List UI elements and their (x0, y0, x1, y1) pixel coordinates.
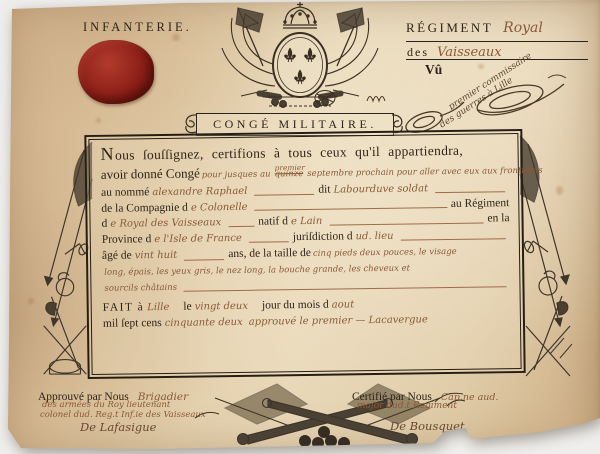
aged-paper: Infanterie. (0, 0, 600, 454)
regiment-name-handwritten: Royal (503, 20, 543, 36)
stain-spot (28, 298, 34, 304)
printed-compagnie: de la Compagnie d (101, 200, 188, 217)
certificate-text: Nous ſouſſignez, certifions à tous ceux … (100, 138, 511, 333)
hw-approver-title-2: colonel dud. Reg.t Inf.ie des Vaisseaux (40, 410, 206, 420)
blank-rule (254, 193, 314, 195)
hw-company-name: e Colonelle (191, 199, 248, 216)
printed-dit: dit (318, 182, 330, 198)
printed-age-de: âgé de (102, 248, 132, 264)
blank-rule (255, 207, 447, 211)
hw-year: cinquante deux (165, 315, 243, 332)
hw-soldier-alias: Labourduve soldat (333, 181, 428, 198)
wax-seal (78, 40, 154, 104)
stain-spot (478, 64, 484, 69)
printed-taille: ans, de la taille de (228, 246, 311, 263)
hw-inserted-word: premier (274, 160, 305, 176)
banner-title: Congé Militaire. (213, 117, 377, 132)
regiment-rule-2 (406, 59, 588, 60)
certify-signature: De Bousquet (390, 419, 465, 433)
hw-month: aout (332, 298, 355, 314)
blank-rule (228, 226, 254, 227)
hw-age: vint huit (135, 248, 178, 264)
regiment-label: Régiment (406, 20, 493, 35)
printed-jurisdiction: juriſdiction d (293, 230, 353, 247)
hw-regiment-name: e Royal des Vaisseaux (110, 216, 221, 233)
printed-province: Province d (102, 232, 152, 248)
printed-fait-a: FAIT à (103, 301, 145, 317)
photo-of-document: Infanterie. (0, 0, 600, 454)
hw-struck-word: quinzepremier (275, 167, 304, 183)
printed-natif: natif d (258, 215, 288, 231)
signature-flourish-icon (398, 72, 578, 138)
corps-label: Infanterie. (83, 20, 192, 35)
hw-height: cinq pieds deux pouces, le visage (313, 245, 457, 263)
blank-rule (249, 241, 289, 243)
blank-rule (435, 191, 505, 193)
printed-avoir-donne-conge: avoir donné Congé (101, 165, 200, 182)
blank-rule (401, 238, 506, 240)
blank-rule (183, 287, 506, 293)
blank-rule (184, 259, 224, 261)
printed-au-regiment: au Régiment (451, 196, 510, 213)
hw-approver-title-1: des armées du Roy lieutenant (42, 400, 170, 410)
regiment-line2-handwritten: Vaisseaux (437, 45, 502, 60)
blank-rule (329, 223, 483, 226)
regiment-line1: Régiment Royal (406, 19, 543, 37)
hw-certifier-title: major dud.t Regiment (357, 401, 457, 411)
regiment-rule-1 (406, 41, 588, 42)
hw-conge-duration-b: septembre prochain pour aller avec eux a… (307, 164, 543, 183)
printed-d: d (101, 217, 107, 233)
stain-spot (96, 118, 101, 123)
hw-day: vingt deux (195, 299, 249, 316)
paper-shadow: Infanterie. (0, 0, 600, 454)
hw-birthplace: e Lain (291, 214, 323, 230)
hw-conge-duration-a: pour jusques au (202, 167, 271, 184)
hw-province: e l'Isle de France (154, 231, 242, 248)
banner-curl-left-icon (181, 112, 197, 136)
approve-signature: De Lafasigue (80, 420, 156, 434)
printed-en-la: en la (487, 212, 509, 228)
hw-approval-note: approuvé le premier — Lacavergue (249, 312, 428, 330)
printed-au-nomme: au nommé (101, 185, 149, 201)
hw-jurisdiction: ud. lieu (355, 229, 393, 245)
hw-description-end: sourcils châtains (104, 280, 177, 297)
regiment-line2-prefix: des (407, 45, 429, 59)
stain-spot (172, 34, 180, 41)
hw-soldier-name: alexandre Raphael (152, 184, 247, 201)
printed-le: le (183, 300, 192, 316)
printed-mil-sept-cens: mil ſept cens (103, 316, 162, 333)
printed-jour-mois: jour du mois d (262, 298, 329, 315)
scribble-mark-icon (366, 92, 386, 104)
certificate-text-box: Nous ſouſſignez, certifions à tous ceux … (84, 129, 525, 379)
hw-place: Lille (147, 300, 169, 316)
